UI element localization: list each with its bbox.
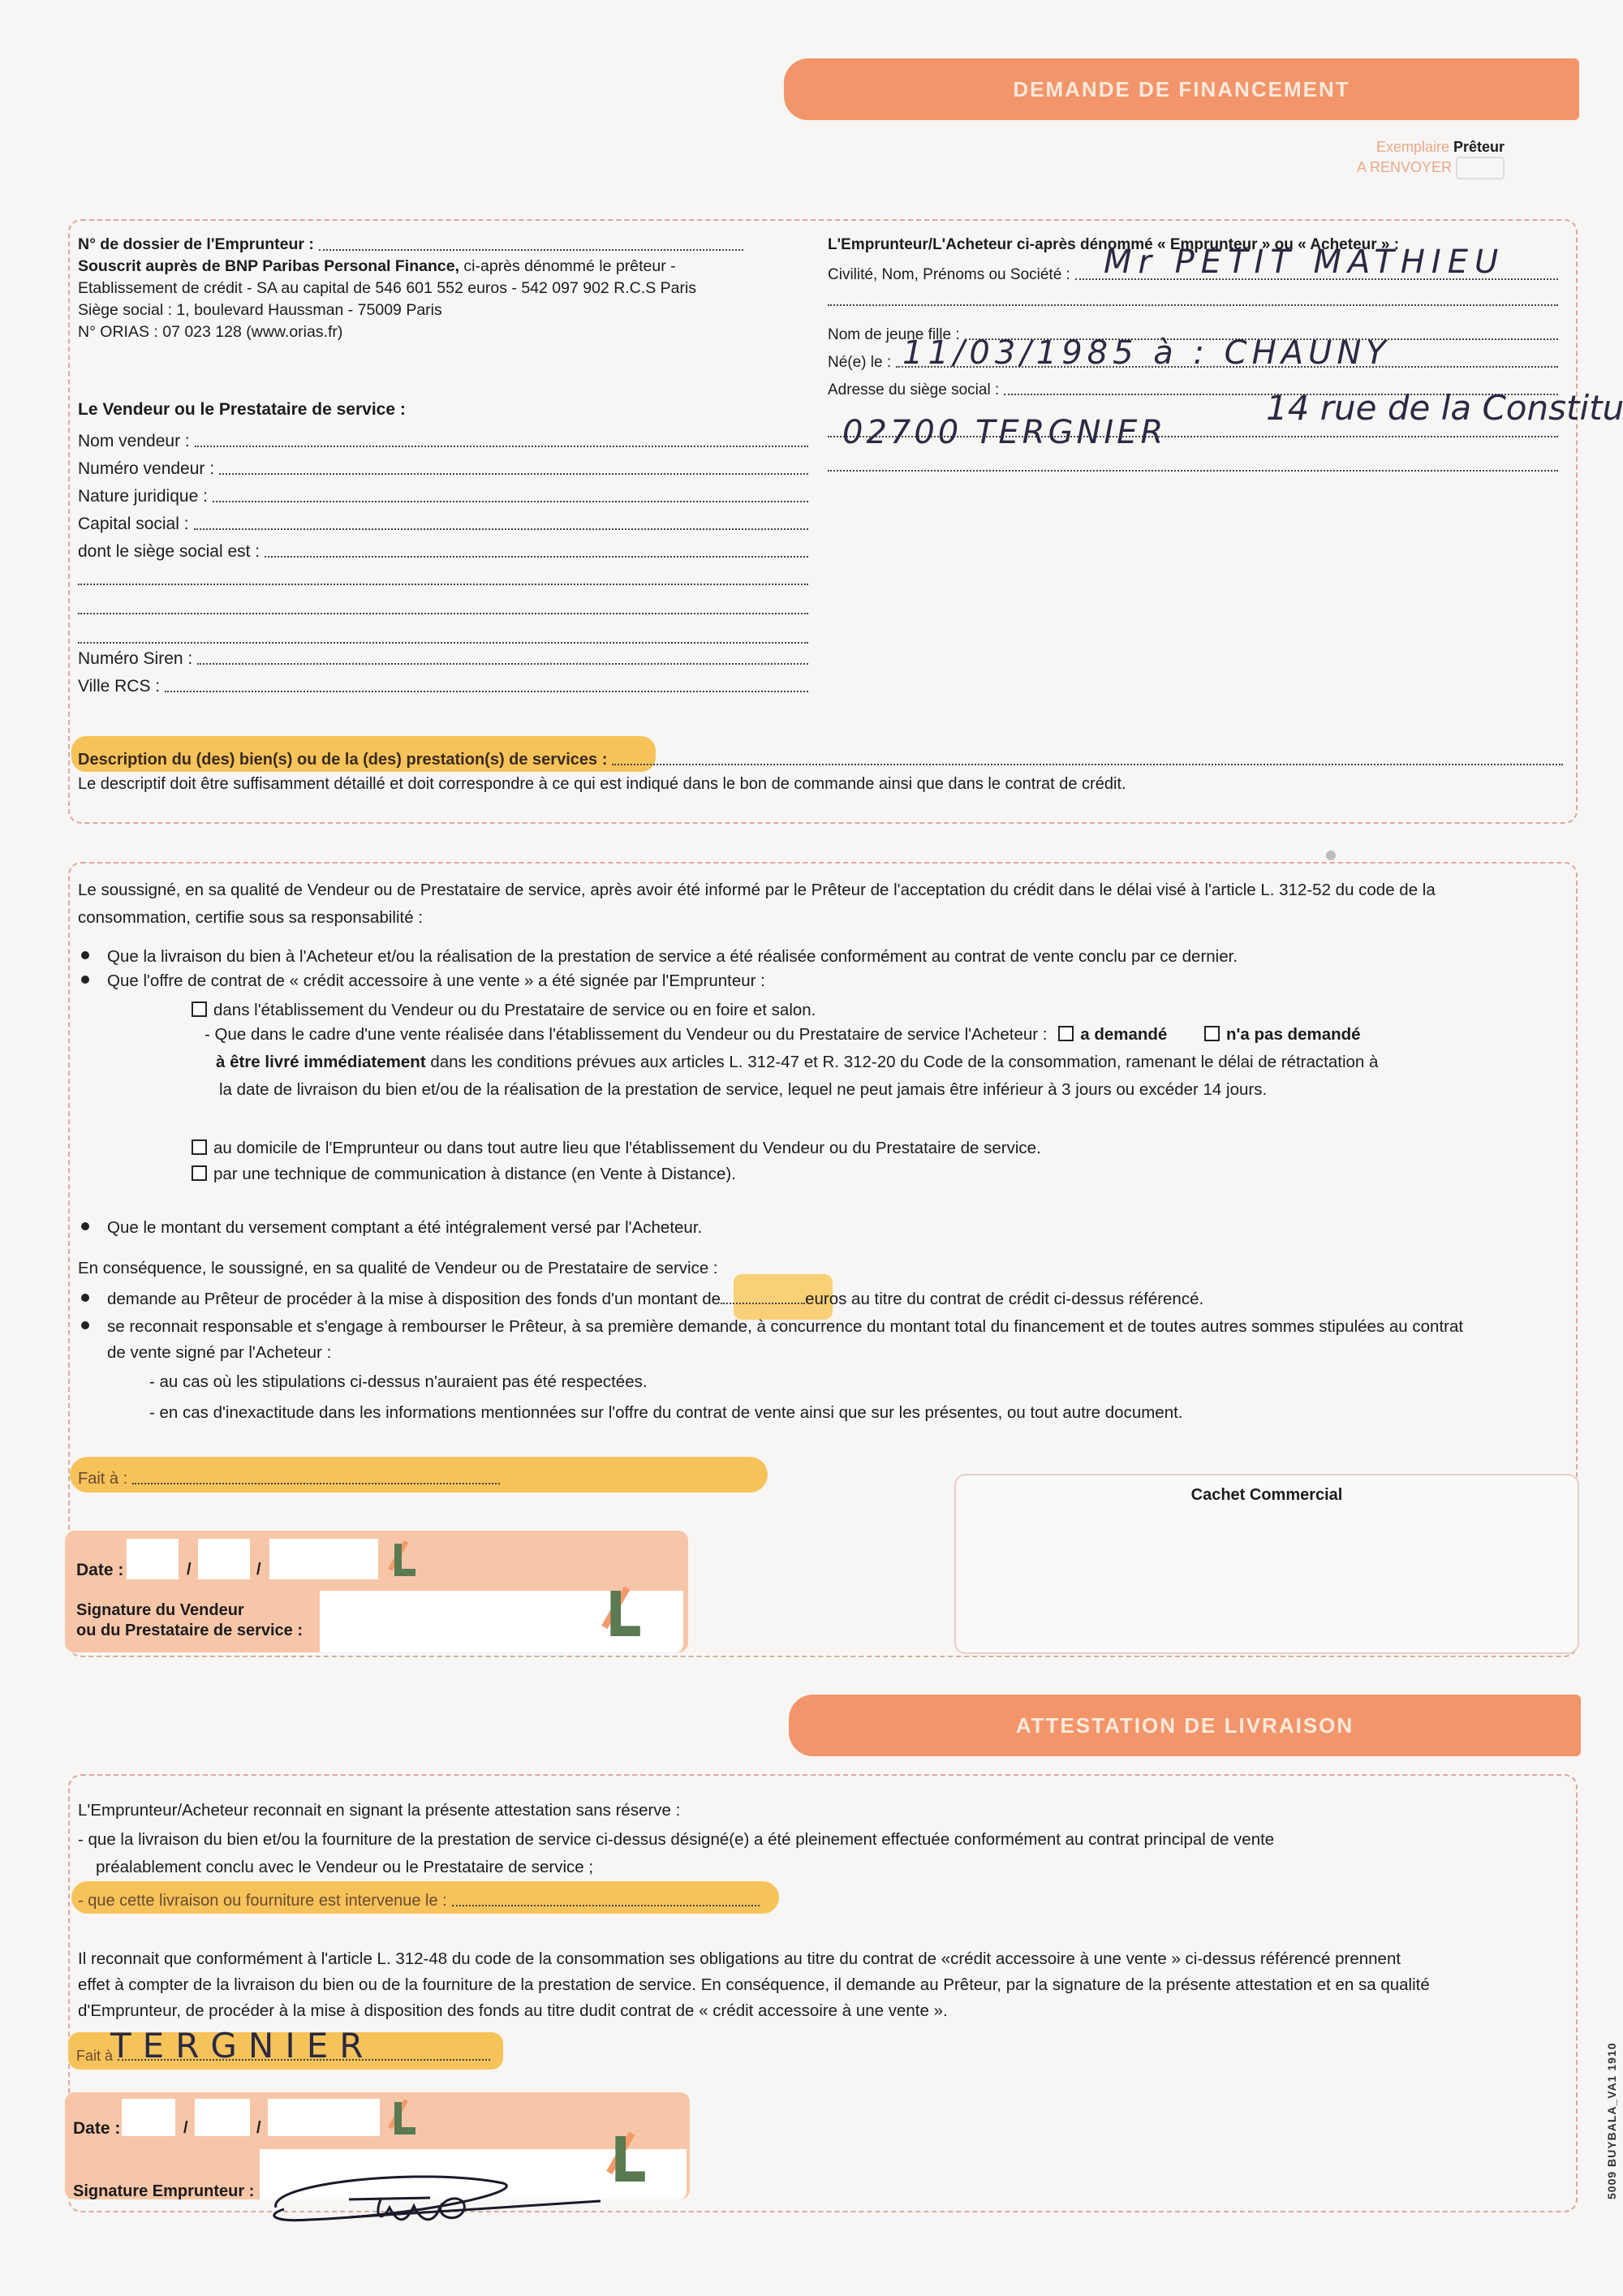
sign-here-icon (394, 1544, 417, 1576)
vendor-name-field[interactable]: Nom vendeur : (78, 424, 808, 451)
borrower-signature-scribble (260, 2159, 617, 2232)
bullet-down-payment: Que le montant du versement comptant a é… (78, 1214, 702, 1242)
bullet-offer-signed: Que l'offre de contrat de « crédit acces… (78, 967, 765, 995)
vendor-title: Le Vendeur ou le Prestataire de service … (78, 399, 406, 420)
checkbox-home[interactable] (192, 1139, 207, 1155)
share-capital-field[interactable]: Capital social : (78, 506, 808, 534)
checkbox-not-requested[interactable] (1204, 1026, 1220, 1041)
bullet-request-funds: demande au Prêteur de procéder à la mise… (78, 1286, 1203, 1313)
bullet-icon (81, 1222, 89, 1230)
banner-title: ATTESTATION DE LIVRAISON (1016, 1713, 1354, 1738)
banner-demande-financement: DEMANDE DE FINANCEMENT (784, 58, 1579, 120)
borrower-date-year[interactable] (268, 2099, 380, 2136)
description-note: Le descriptif doit être suffisamment dét… (78, 774, 1126, 795)
certification-intro: Le soussigné, en sa qualité de Vendeur o… (78, 877, 1563, 932)
bullet-engage: se reconnait responsable et s'engage à r… (78, 1313, 1463, 1341)
description-field[interactable]: Description du (des) bien(s) ou de la (d… (78, 740, 1563, 769)
option-establishment[interactable]: dans l'établissement du Vendeur ou du Pr… (192, 997, 816, 1024)
address-line-3[interactable] (828, 448, 1558, 476)
delivery-intro: L'Emprunteur/Acheteur reconnait en signa… (78, 1797, 680, 1824)
sign-here-icon (610, 1591, 642, 1636)
copy-label: Exemplaire Prêteur A RENVOYER (1357, 138, 1505, 179)
head-office-line-3[interactable] (78, 591, 808, 618)
borrower-name-value: Mr PETIT MATHIEU (1104, 243, 1505, 281)
option-distance[interactable]: par une technique de communication à dis… (192, 1161, 736, 1188)
delivery-item-1: - que la livraison du bien et/ou la four… (78, 1826, 1274, 1881)
delivery-date-field[interactable]: - que cette livraison ou fourniture est … (78, 1885, 760, 1910)
case-2: - en cas d'inexactitude dans les informa… (149, 1399, 1183, 1427)
legal-nature-field[interactable]: Nature juridique : (78, 479, 808, 506)
sign-here-icon (615, 2136, 647, 2182)
amount-field[interactable] (721, 1290, 805, 1304)
return-box-icon (1456, 157, 1505, 179)
borrower-place-value: TERGNIER (110, 2026, 374, 2066)
vendor-date-year[interactable] (269, 1539, 378, 1579)
vendor-signature-label: Signature du Vendeur ou du Prestataire d… (76, 1600, 303, 1641)
vendor-date-month[interactable] (198, 1539, 250, 1579)
birth-value: 11/03/1985 à : CHAUNY (902, 334, 1391, 372)
lender-block: N° de dossier de l'Emprunteur : Souscrit… (78, 234, 808, 343)
option-home[interactable]: au domicile de l'Emprunteur ou dans tout… (192, 1135, 1041, 1162)
case-1: - au cas où les stipulations ci-dessus n… (149, 1368, 648, 1396)
vendor-number-field[interactable]: Numéro vendeur : (78, 451, 808, 479)
borrower-signature-label: Signature Emprunteur : (73, 2182, 254, 2202)
vendor-date-label: Date : (76, 1560, 123, 1581)
vendor-date-day[interactable] (127, 1539, 179, 1579)
head-office-line-2[interactable] (78, 562, 808, 589)
siren-number-field[interactable]: Numéro Siren : (78, 641, 808, 669)
immediate-delivery-clause: - Que dans le cadre d'une vente réalisée… (204, 1021, 1568, 1104)
checkbox-requested[interactable] (1058, 1026, 1074, 1041)
small-mark-icon (1326, 851, 1336, 860)
delivery-legal-paragraph: Il reconnait que conformément à l'articl… (78, 1946, 1563, 2024)
head-office-field[interactable]: dont le siège social est : (78, 534, 808, 562)
borrower-name-line-2[interactable] (828, 284, 1558, 310)
checkbox-distance[interactable] (192, 1165, 207, 1181)
bullet-icon (81, 976, 89, 984)
vendor-place-field[interactable]: Fait à : (78, 1461, 500, 1488)
form-reference-code: 5009 BUYBALA_VA1 1910 (1605, 2043, 1618, 2200)
dossier-number-field[interactable]: N° de dossier de l'Emprunteur : (78, 234, 808, 256)
engage-line-2: de vente signé par l'Acheteur : (107, 1339, 331, 1367)
checkbox-establishment[interactable] (192, 1002, 207, 1017)
banner-title: DEMANDE DE FINANCEMENT (1013, 77, 1350, 102)
banner-attestation-livraison: ATTESTATION DE LIVRAISON (789, 1695, 1581, 1756)
commercial-stamp-box[interactable]: Cachet Commercial (954, 1474, 1579, 1654)
bullet-icon (81, 1294, 89, 1302)
rcs-city-field[interactable]: Ville RCS : (78, 669, 808, 696)
borrower-date-month[interactable] (195, 2099, 250, 2136)
sign-here-icon (394, 2102, 417, 2134)
bullet-delivery: Que la livraison du bien à l'Acheteur et… (78, 943, 1238, 971)
address-value-2: 02700 TERGNIER (842, 414, 1166, 451)
consequence-text: En conséquence, le soussigné, en sa qual… (78, 1255, 718, 1282)
bullet-icon (81, 951, 89, 959)
bullet-icon (81, 1321, 89, 1329)
borrower-date-day[interactable] (122, 2099, 175, 2136)
borrower-date-label: Date : (73, 2118, 120, 2139)
stamp-title: Cachet Commercial (956, 1485, 1578, 1506)
